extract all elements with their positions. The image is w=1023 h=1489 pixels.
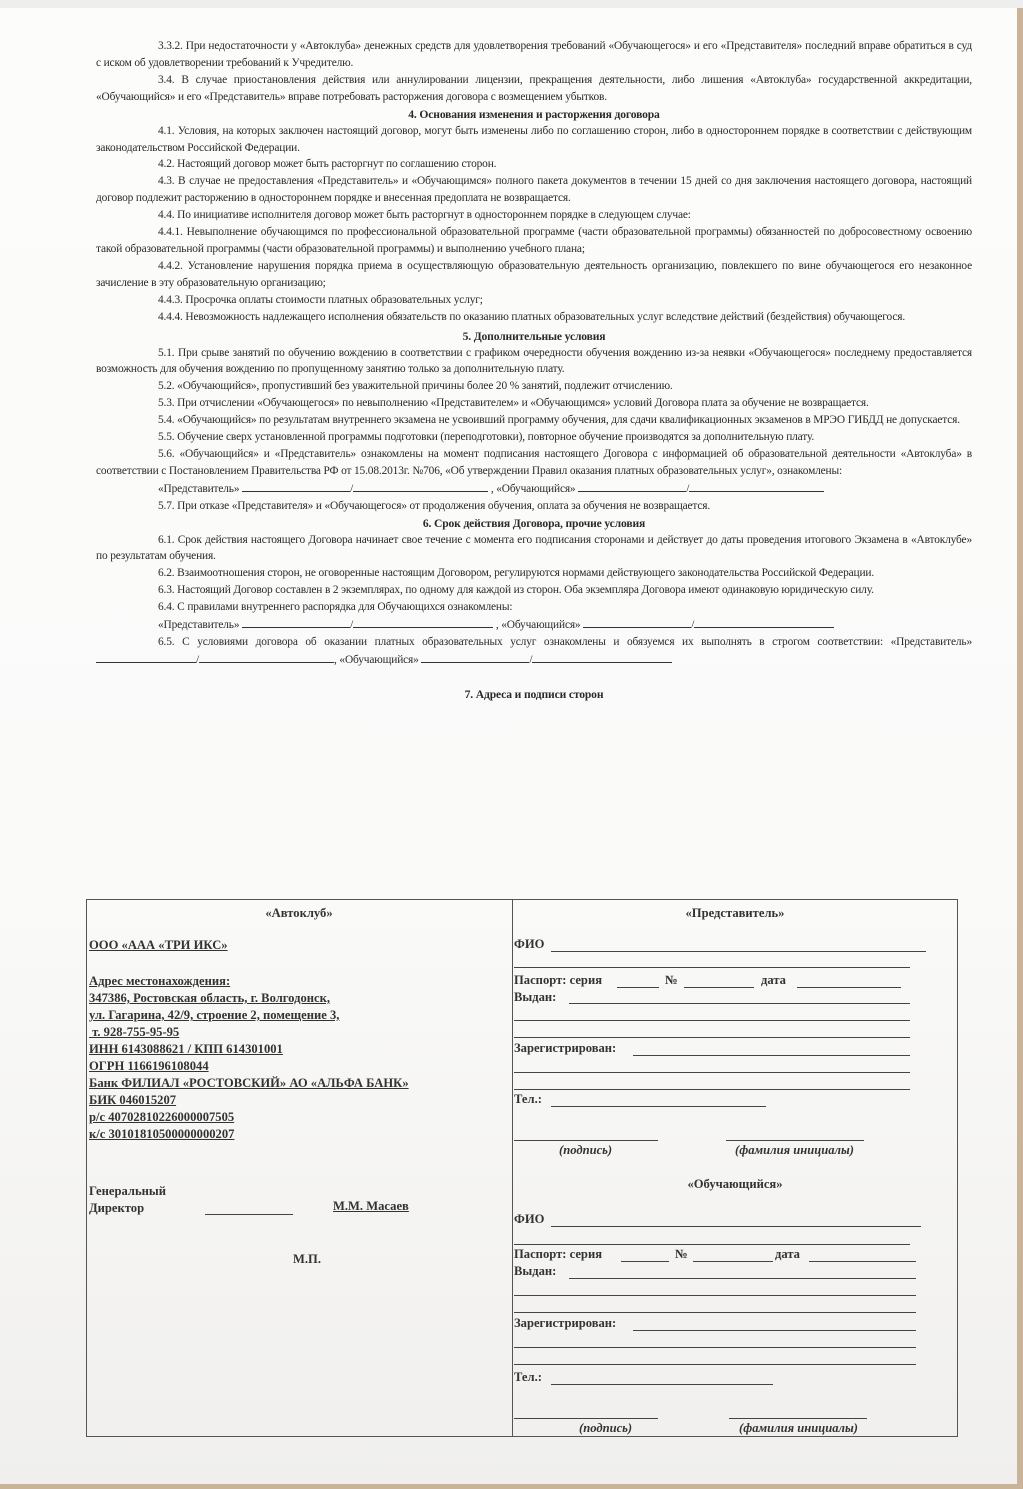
section-6-heading: 6. Срок действия Договора, прочие услови… bbox=[96, 515, 972, 532]
clause-5-6-signature-line: «Представитель» / , «Обучающийся» / bbox=[96, 480, 972, 498]
bik: БИК 046015207 bbox=[89, 1093, 176, 1108]
clause-5-1: 5.1. При срыве занятий по обучению вожде… bbox=[96, 345, 972, 379]
stu-fio-field-2[interactable] bbox=[514, 1244, 910, 1245]
ogrn: ОГРН 1166196108044 bbox=[89, 1059, 209, 1074]
stu-name-field[interactable] bbox=[729, 1418, 867, 1419]
clause-5-7: 5.7. При отказе «Представителя» и «Обуча… bbox=[96, 498, 972, 515]
stu-passport-number-field[interactable] bbox=[693, 1261, 773, 1262]
stu-issued-label: Выдан: bbox=[514, 1264, 556, 1279]
bank-name: Банк ФИЛИАЛ «РОСТОВСКИЙ» АО «АЛЬФА БАНК» bbox=[89, 1076, 409, 1091]
clause-6-3: 6.3. Настоящий Договор составлен в 2 экз… bbox=[96, 582, 972, 599]
section-4-heading: 4. Основания изменения и расторжения дог… bbox=[96, 106, 972, 123]
stu-signature-caption: (подпись) bbox=[579, 1421, 632, 1436]
clause-5-4: 5.4. «Обучающийся» по результатам внутре… bbox=[96, 412, 972, 429]
autoclub-phone: т. 928-755-95-95 bbox=[89, 1025, 179, 1040]
rep-signature-caption: (подпись) bbox=[559, 1143, 612, 1158]
student-signature-blank[interactable] bbox=[421, 651, 529, 663]
rep-phone-label: Тел.: bbox=[514, 1092, 542, 1107]
clause-4-4-3: 4.4.3. Просрочка оплаты стоимости платны… bbox=[96, 292, 972, 309]
stu-phone-field[interactable] bbox=[551, 1384, 773, 1385]
student-signature-blank[interactable] bbox=[578, 480, 686, 492]
photo-top-edge bbox=[0, 0, 1023, 8]
rep-fio-label: ФИО bbox=[514, 937, 544, 952]
rep-registered-label: Зарегистрирован: bbox=[514, 1041, 616, 1056]
autoclub-name: ООО «ААА «ТРИ ИКС» bbox=[89, 938, 228, 953]
rep-issued-field-3[interactable] bbox=[514, 1037, 910, 1038]
stu-number-label: № bbox=[675, 1247, 688, 1262]
contract-body: 3.3.2. При недостаточности у «Автоклуба»… bbox=[96, 38, 972, 703]
clause-4-4-2: 4.4.2. Установление нарушения порядка пр… bbox=[96, 258, 972, 292]
stu-signature-field[interactable] bbox=[514, 1418, 658, 1419]
stu-registered-field-2[interactable] bbox=[514, 1347, 916, 1348]
representative-header: «Представитель» bbox=[513, 906, 957, 921]
director-title-1: Генеральный bbox=[89, 1184, 166, 1199]
rep-fio-field-2[interactable] bbox=[514, 967, 910, 968]
rep-name-field[interactable] bbox=[726, 1140, 864, 1141]
student-name-blank[interactable] bbox=[694, 616, 834, 628]
representative-signature-blank[interactable] bbox=[96, 651, 196, 663]
student-header: «Обучающийся» bbox=[513, 1177, 957, 1192]
rep-phone-field[interactable] bbox=[551, 1106, 766, 1107]
inn-kpp: ИНН 6143088621 / КПП 614301001 bbox=[89, 1042, 283, 1057]
director-name: М.М. Масаев bbox=[333, 1199, 409, 1214]
clause-4-4-4: 4.4.4. Невозможность надлежащего исполне… bbox=[96, 309, 972, 326]
stu-date-label: дата bbox=[775, 1247, 800, 1262]
clause-3-3-2: 3.3.2. При недостаточности у «Автоклуба»… bbox=[96, 38, 972, 72]
clause-6-4-signature-line: «Представитель» / , «Обучающийся» / bbox=[96, 616, 972, 634]
rep-issued-field-2[interactable] bbox=[514, 1020, 910, 1021]
rep-fio-field[interactable] bbox=[551, 951, 926, 952]
rep-passport-label: Паспорт: серия bbox=[514, 973, 602, 988]
representative-signature-blank[interactable] bbox=[242, 616, 350, 628]
director-title-2: Директор bbox=[89, 1201, 144, 1216]
clause-3-4: 3.4. В случае приостановления действия и… bbox=[96, 72, 972, 106]
stu-issued-field-2[interactable] bbox=[514, 1295, 916, 1296]
rep-issued-field[interactable] bbox=[569, 1003, 910, 1004]
stu-issued-field[interactable] bbox=[569, 1278, 916, 1279]
clause-5-3: 5.3. При отчислении «Обучающегося» по не… bbox=[96, 395, 972, 412]
rep-registered-field-2[interactable] bbox=[514, 1072, 910, 1073]
rep-registered-field-3[interactable] bbox=[514, 1089, 910, 1090]
address-label: Адрес местонахождения: bbox=[89, 974, 230, 989]
clause-4-4: 4.4. По инициативе исполнителя договор м… bbox=[96, 207, 972, 224]
representative-name-blank[interactable] bbox=[353, 616, 493, 628]
representative-name-blank[interactable] bbox=[199, 651, 334, 663]
section-5-heading: 5. Дополнительные условия bbox=[96, 328, 972, 345]
rep-passport-date-field[interactable] bbox=[797, 987, 901, 988]
stu-phone-label: Тел.: bbox=[514, 1370, 542, 1385]
parties-column: «Представитель» ФИО Паспорт: серия № дат… bbox=[513, 900, 957, 1436]
stu-registered-field[interactable] bbox=[633, 1330, 916, 1331]
clause-6-4: 6.4. С правилами внутреннего распорядка … bbox=[96, 599, 972, 616]
clause-4-1: 4.1. Условия, на которых заключен настоя… bbox=[96, 123, 972, 157]
rep-date-label: дата bbox=[761, 973, 786, 988]
rep-registered-field[interactable] bbox=[633, 1055, 910, 1056]
clause-4-4-1: 4.4.1. Невыполнение обучающимся по профе… bbox=[96, 224, 972, 258]
representative-name-blank[interactable] bbox=[353, 480, 488, 492]
stu-passport-date-field[interactable] bbox=[809, 1261, 916, 1262]
stu-fio-label: ФИО bbox=[514, 1212, 544, 1227]
stu-issued-field-3[interactable] bbox=[514, 1312, 916, 1313]
clause-5-6: 5.6. «Обучающийся» и «Представитель» озн… bbox=[96, 446, 972, 480]
director-signature-blank[interactable] bbox=[205, 1214, 293, 1215]
section-7-heading: 7. Адреса и подписи сторон bbox=[96, 686, 972, 703]
autoclub-header: «Автоклуб» bbox=[87, 906, 511, 921]
rep-name-caption: (фамилия инициалы) bbox=[735, 1143, 854, 1158]
clause-5-2: 5.2. «Обучающийся», пропустивший без ува… bbox=[96, 378, 972, 395]
settlement-account: р/с 40702810226000007505 bbox=[89, 1110, 234, 1125]
stu-passport-label: Паспорт: серия bbox=[514, 1247, 602, 1262]
student-name-blank[interactable] bbox=[689, 480, 824, 492]
address-line-1: 347386, Ростовская область, г. Волгодонс… bbox=[89, 991, 330, 1006]
signatures-table: «Автоклуб» ООО «ААА «ТРИ ИКС» Адрес мест… bbox=[86, 899, 958, 1437]
stu-registered-label: Зарегистрирован: bbox=[514, 1316, 616, 1331]
correspondent-account: к/с 30101810500000000207 bbox=[89, 1127, 234, 1142]
stu-passport-series-field[interactable] bbox=[621, 1261, 669, 1262]
student-signature-blank[interactable] bbox=[583, 616, 691, 628]
stamp-label: М.П. bbox=[293, 1252, 321, 1267]
rep-passport-number-field[interactable] bbox=[684, 987, 754, 988]
autoclub-column: «Автоклуб» ООО «ААА «ТРИ ИКС» Адрес мест… bbox=[87, 900, 513, 1436]
clause-4-2: 4.2. Настоящий договор может быть растор… bbox=[96, 156, 972, 173]
representative-signature-blank[interactable] bbox=[242, 480, 350, 492]
rep-passport-series-field[interactable] bbox=[617, 987, 659, 988]
address-line-2: ул. Гагарина, 42/9, строение 2, помещени… bbox=[89, 1008, 339, 1023]
stu-registered-field-3[interactable] bbox=[514, 1364, 916, 1365]
rep-signature-field[interactable] bbox=[514, 1140, 658, 1141]
clause-6-5: 6.5. С условиями договора об оказании пл… bbox=[96, 634, 972, 669]
clause-6-2: 6.2. Взаимоотношения сторон, не оговорен… bbox=[96, 565, 972, 582]
rep-issued-label: Выдан: bbox=[514, 990, 556, 1005]
stu-name-caption: (фамилия инициалы) bbox=[739, 1421, 858, 1436]
clause-6-1: 6.1. Срок действия настоящего Договора н… bbox=[96, 532, 972, 566]
clause-4-3: 4.3. В случае не предоставления «Предста… bbox=[96, 173, 972, 207]
student-name-blank[interactable] bbox=[532, 651, 672, 663]
rep-number-label: № bbox=[665, 973, 678, 988]
clause-5-5: 5.5. Обучение сверх установленной програ… bbox=[96, 429, 972, 446]
stu-fio-field[interactable] bbox=[551, 1226, 921, 1227]
